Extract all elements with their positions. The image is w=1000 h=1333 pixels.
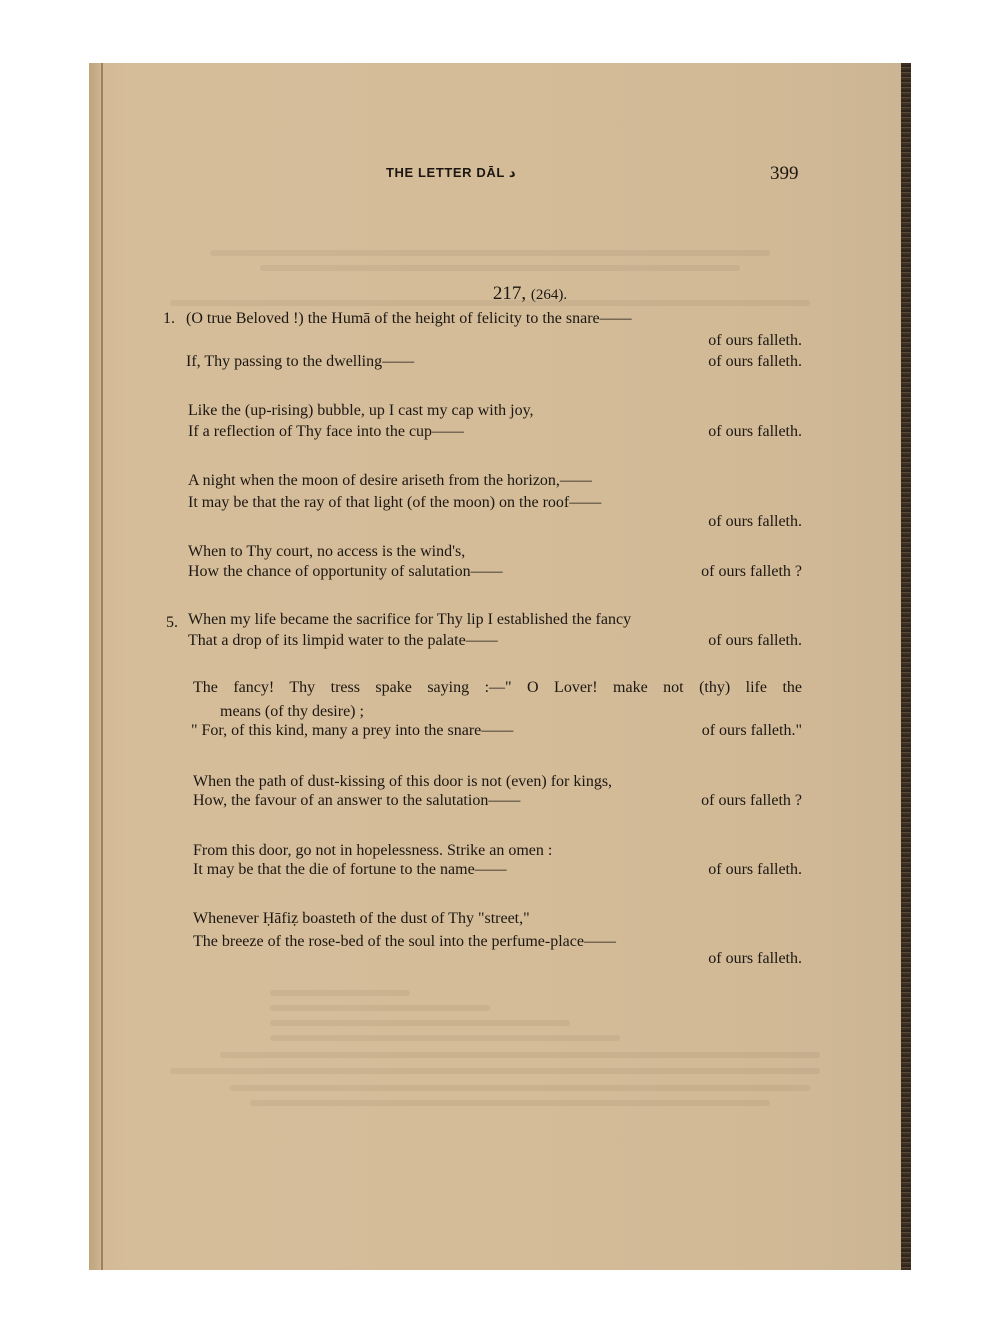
verse-line: When my life became the sacrifice for Th… [188,611,631,629]
verse-line: means (of thy desire) ; [220,703,364,721]
bleed-through-line [210,250,770,256]
bleed-through-line [170,300,810,306]
verse-line: If, Thy passing to the dwelling—— [186,353,414,371]
bleed-through-line [250,1100,770,1106]
verse-line: A night when the moon of desire ariseth … [188,472,592,490]
bleed-through-line [270,1035,620,1041]
refrain: of ours falleth. [708,513,802,531]
verse-line: Like the (up-rising) bubble, up I cast m… [188,402,534,420]
verse-line: How, the favour of an answer to the salu… [193,792,520,810]
bleed-through-line [220,1052,820,1058]
verse-line: (O true Beloved !) the Humā of the heigh… [186,310,632,328]
refrain: of ours falleth." [702,722,802,740]
verse-line: It may be that the die of fortune to the… [193,861,507,879]
refrain: of ours falleth. [708,332,802,350]
refrain: of ours falleth ? [701,563,802,581]
running-head: THE LETTER DĀL د [386,165,516,181]
verse-line: The breeze of the rose-bed of the soul i… [193,933,616,951]
verse-line: When the path of dust-kissing of this do… [193,773,612,791]
verse-line: That a drop of its limpid water to the p… [188,632,498,650]
bleed-through-line [270,1020,570,1026]
verse-number: 5. [166,614,178,632]
refrain: of ours falleth. [708,423,802,441]
page-edge-line [101,63,103,1270]
verse-number: 1. [163,310,175,328]
page-number: 399 [770,163,799,185]
verse-line: When to Thy court, no access is the wind… [188,543,465,561]
verse-line: The fancy! Thy tress spake saying :—" O … [193,679,802,697]
bleed-through-line [270,1005,490,1011]
verse-line: How the chance of opportunity of salutat… [188,563,503,581]
verse-line: It may be that the ray of that light (of… [188,494,601,512]
bleed-through-line [270,990,410,996]
verse-line: From this door, go not in hopelessness. … [193,842,552,860]
bleed-through-line [230,1085,810,1091]
bleed-through-line [260,265,740,271]
bleed-through-line [170,1068,820,1074]
verse-line: If a reflection of Thy face into the cup… [188,423,464,441]
verse-line: " For, of this kind, many a prey into th… [191,722,513,740]
book-cover-edge [901,63,911,1270]
refrain: of ours falleth. [708,950,802,968]
refrain: of ours falleth. [708,632,802,650]
refrain: of ours falleth. [708,353,802,371]
refrain: of ours falleth ? [701,792,802,810]
refrain: of ours falleth. [708,861,802,879]
verse-line: Whenever Ḥāfiẓ boasteth of the dust of T… [193,910,530,928]
